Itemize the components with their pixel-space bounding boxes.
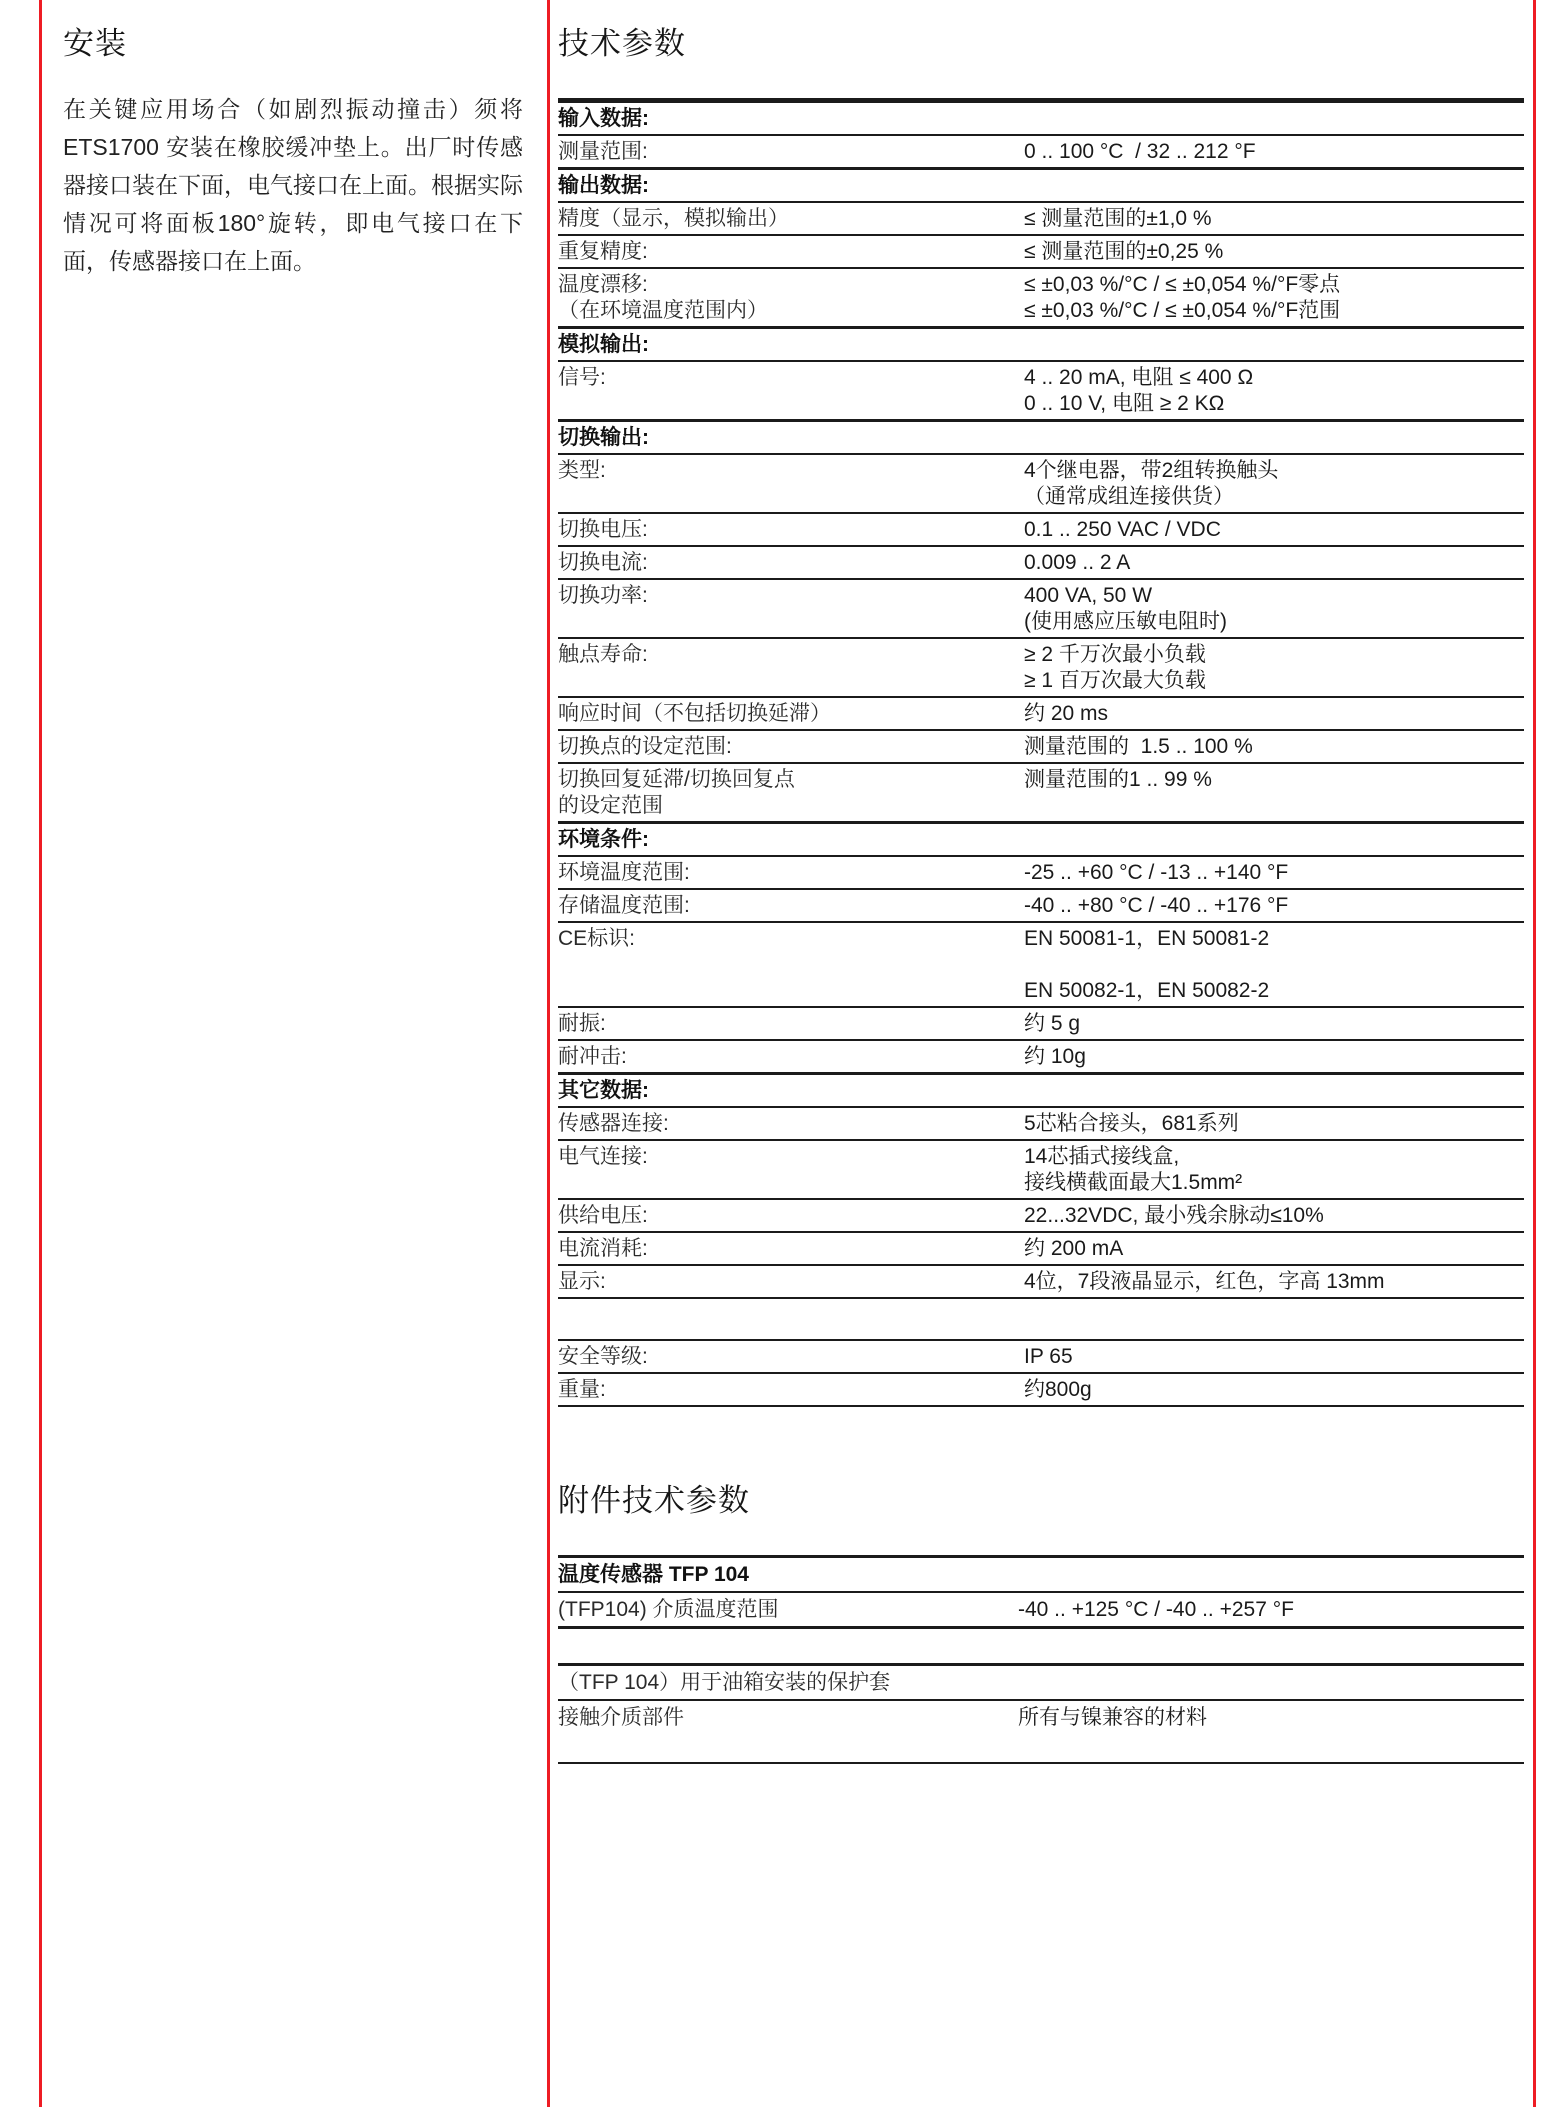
spec-value: 0.009 .. 2 A: [1024, 550, 1524, 576]
accessory-row: 接触介质部件所有与镍兼容的材料: [558, 1701, 1524, 1764]
spec-value-line: ≤ ±0,03 %/°C / ≤ ±0,054 %/°F零点: [1024, 272, 1524, 298]
installation-title: 安装: [63, 24, 523, 64]
spec-value: 4位，7段液晶显示，红色，字高 13mm: [1024, 1269, 1524, 1295]
spec-value-line: 0.009 .. 2 A: [1024, 550, 1524, 576]
spec-value: -25 .. +60 °C / -13 .. +140 °F: [1024, 860, 1524, 886]
spec-label-line: 耐振:: [558, 1011, 1018, 1037]
spec-label-line: 耐冲击:: [558, 1044, 1018, 1070]
spec-section-label: 输入数据:: [558, 106, 655, 132]
spec-label-line: 信号:: [558, 365, 1018, 391]
spec-label-line: 温度漂移:: [558, 272, 1018, 298]
spec-label: 电气连接:: [558, 1144, 1024, 1170]
spec-label-line: 环境温度范围:: [558, 860, 1018, 886]
spec-row: 电气连接:14芯插式接线盒,接线横截面最大1.5mm²: [558, 1141, 1524, 1200]
spec-value-line: EN 50081-1，EN 50081-2: [1024, 926, 1524, 952]
spec-value-line: （通常成组连接供货）: [1024, 484, 1524, 510]
spec-label-line: 切换电压:: [558, 517, 1018, 543]
spec-section-row: 切换输出:: [558, 421, 1524, 455]
accessory-sleeve-table: （TFP 104）用于油箱安装的保护套接触介质部件所有与镍兼容的材料: [558, 1663, 1524, 1764]
spec-row: 存储温度范围:-40 .. +80 °C / -40 .. +176 °F: [558, 890, 1524, 923]
spec-label: 切换电压:: [558, 517, 1024, 543]
accessory-sensor-table: 温度传感器 TFP 104(TFP104) 介质温度范围-40 .. +125 …: [558, 1555, 1524, 1629]
spec-row: 重量:约800g: [558, 1374, 1524, 1407]
spec-value-line: [1024, 952, 1524, 978]
spec-value-line: 4位，7段液晶显示，红色，字高 13mm: [1024, 1269, 1524, 1295]
spec-value-line: 0 .. 10 V, 电阻 ≥ 2 KΩ: [1024, 391, 1524, 417]
spec-value-line: ≥ 2 千万次最小负载: [1024, 642, 1524, 668]
spec-label: 切换电流:: [558, 550, 1024, 576]
red-border-left: [39, 0, 42, 2107]
spec-row: 环境温度范围:-25 .. +60 °C / -13 .. +140 °F: [558, 857, 1524, 890]
spec-label-line: 存储温度范围:: [558, 893, 1018, 919]
spec-value-line: IP 65: [1024, 1344, 1524, 1370]
red-border-right: [1533, 0, 1536, 2107]
spec-section-label-line: 其它数据:: [558, 1078, 649, 1104]
spec-label: 电流消耗:: [558, 1236, 1024, 1262]
spec-section-label-line: 切换输出:: [558, 425, 649, 451]
spec-value: 14芯插式接线盒,接线横截面最大1.5mm²: [1024, 1144, 1524, 1196]
red-column-divider: [547, 0, 550, 2107]
spec-row: 安全等级:IP 65: [558, 1341, 1524, 1374]
spec-label-line: 测量范围:: [558, 139, 1018, 165]
spec-value-line: 400 VA, 50 W: [1024, 583, 1524, 609]
spec-label: 环境温度范围:: [558, 860, 1024, 886]
spec-value-line: 22...32VDC, 最小残余脉动≤10%: [1024, 1203, 1524, 1229]
spec-value-line: ≥ 1 百万次最大负载: [1024, 668, 1524, 694]
spec-row: 切换点的设定范围:测量范围的 1.5 .. 100 %: [558, 731, 1524, 764]
spec-label-line: 电流消耗:: [558, 1236, 1018, 1262]
spec-label: 切换回复延滞/切换回复点的设定范围: [558, 767, 1024, 819]
spec-label: 安全等级:: [558, 1344, 1024, 1370]
spec-value-line: (使用感应压敏电阻时): [1024, 609, 1524, 635]
spec-value: 约 20 ms: [1024, 701, 1524, 727]
spec-section-row: 其它数据:: [558, 1074, 1524, 1108]
spec-label: 供给电压:: [558, 1203, 1024, 1229]
spec-label: 响应时间（不包括切换延滞）: [558, 701, 1024, 727]
spec-section-label-line: 环境条件:: [558, 827, 649, 853]
spec-table: 输入数据:测量范围:0 .. 100 °C / 32 .. 212 °F输出数据…: [558, 98, 1524, 1407]
spec-label: 传感器连接:: [558, 1111, 1024, 1137]
spec-label: 耐冲击:: [558, 1044, 1024, 1070]
spec-row: 重复精度:≤ 测量范围的±0,25 %: [558, 236, 1524, 269]
installation-paragraph: 在关键应用场合（如剧烈振动撞击）须将 ETS1700 安装在橡胶缓冲垫上。出厂时…: [63, 90, 523, 280]
spec-section-row: 模拟输出:: [558, 328, 1524, 362]
spec-row: 温度漂移:（在环境温度范围内）≤ ±0,03 %/°C / ≤ ±0,054 %…: [558, 269, 1524, 328]
spec-value-line: -25 .. +60 °C / -13 .. +140 °F: [1024, 860, 1524, 886]
spec-row: 切换功率:400 VA, 50 W(使用感应压敏电阻时): [558, 580, 1524, 639]
spec-value-line: 0 .. 100 °C / 32 .. 212 °F: [1024, 139, 1524, 165]
spec-section-row: 输入数据:: [558, 102, 1524, 136]
spec-label: 精度（显示，模拟输出）: [558, 206, 1024, 232]
spec-label-line: 的设定范围: [558, 793, 1018, 819]
spec-value: 0.1 .. 250 VAC / VDC: [1024, 517, 1524, 543]
spec-value-line: 5芯粘合接头，681系列: [1024, 1111, 1524, 1137]
spec-value-line: 约 200 mA: [1024, 1236, 1524, 1262]
spec-label-line: 安全等级:: [558, 1344, 1018, 1370]
spec-value: 22...32VDC, 最小残余脉动≤10%: [1024, 1203, 1524, 1229]
spec-value: 测量范围的 1.5 .. 100 %: [1024, 734, 1524, 760]
spec-label-line: 供给电压:: [558, 1203, 1018, 1229]
spec-label-line: （在环境温度范围内）: [558, 298, 1018, 324]
accessory-value: 所有与镍兼容的材料: [1018, 1705, 1524, 1731]
spec-section-label: 其它数据:: [558, 1078, 655, 1104]
spec-value-line: 约 5 g: [1024, 1011, 1524, 1037]
accessory-label: (TFP104) 介质温度范围: [558, 1597, 1018, 1623]
spec-section-label: 输出数据:: [558, 173, 655, 199]
spec-label-line: 类型:: [558, 458, 1018, 484]
spec-label-line: 触点寿命:: [558, 642, 1018, 668]
spec-value-line: 0.1 .. 250 VAC / VDC: [1024, 517, 1524, 543]
spec-section-label-line: 模拟输出:: [558, 332, 649, 358]
spec-label: 重复精度:: [558, 239, 1024, 265]
spec-label: 存储温度范围:: [558, 893, 1024, 919]
installation-section: 安装 在关键应用场合（如剧烈振动撞击）须将 ETS1700 安装在橡胶缓冲垫上。…: [63, 24, 523, 280]
spec-value-line: 约 10g: [1024, 1044, 1524, 1070]
spec-value: 0 .. 100 °C / 32 .. 212 °F: [1024, 139, 1524, 165]
spec-value: 4 .. 20 mA, 电阻 ≤ 400 Ω0 .. 10 V, 电阻 ≥ 2 …: [1024, 365, 1524, 417]
spec-spacer-row: [558, 1299, 1524, 1341]
spec-value-line: 4个继电器，带2组转换触头: [1024, 458, 1524, 484]
spec-value: ≥ 2 千万次最小负载≥ 1 百万次最大负载: [1024, 642, 1524, 694]
spec-section-label-line: 输入数据:: [558, 106, 649, 132]
datasheet-page: 安装 在关键应用场合（如剧烈振动撞击）须将 ETS1700 安装在橡胶缓冲垫上。…: [0, 0, 1541, 2107]
spec-value-line: 接线横截面最大1.5mm²: [1024, 1170, 1524, 1196]
spec-section-row: 环境条件:: [558, 823, 1524, 857]
spec-section-label: 环境条件:: [558, 827, 655, 853]
spec-label-line: 切换点的设定范围:: [558, 734, 1018, 760]
specs-title: 技术参数: [558, 24, 1524, 64]
spec-row: 测量范围:0 .. 100 °C / 32 .. 212 °F: [558, 136, 1524, 169]
spec-value-line: -40 .. +80 °C / -40 .. +176 °F: [1024, 893, 1524, 919]
spec-label-line: 显示:: [558, 1269, 1018, 1295]
spec-label-line: CE标识:: [558, 926, 1018, 952]
spec-section-label: 模拟输出:: [558, 332, 655, 358]
spec-label-line: 重复精度:: [558, 239, 1018, 265]
spec-row: 电流消耗:约 200 mA: [558, 1233, 1524, 1266]
spec-value: 约 5 g: [1024, 1011, 1524, 1037]
spec-row: 信号:4 .. 20 mA, 电阻 ≤ 400 Ω0 .. 10 V, 电阻 ≥…: [558, 362, 1524, 421]
accessory-title: 附件技术参数: [558, 1481, 1524, 1521]
spec-label: 显示:: [558, 1269, 1024, 1295]
spec-row: 切换电流:0.009 .. 2 A: [558, 547, 1524, 580]
accessory-value: -40 .. +125 °C / -40 .. +257 °F: [1018, 1597, 1524, 1623]
spec-label: CE标识:: [558, 926, 1024, 952]
spec-value: IP 65: [1024, 1344, 1524, 1370]
spec-value: ≤ 测量范围的±1,0 %: [1024, 206, 1524, 232]
spec-value: EN 50081-1，EN 50081-2 EN 50082-1，EN 5008…: [1024, 926, 1524, 1004]
spec-label-line: 电气连接:: [558, 1144, 1018, 1170]
spec-value: 4个继电器，带2组转换触头（通常成组连接供货）: [1024, 458, 1524, 510]
spec-row: CE标识:EN 50081-1，EN 50081-2 EN 50082-1，EN…: [558, 923, 1524, 1008]
specs-section: 技术参数 输入数据:测量范围:0 .. 100 °C / 32 .. 212 °…: [558, 24, 1524, 1764]
spec-value-line: 4 .. 20 mA, 电阻 ≤ 400 Ω: [1024, 365, 1524, 391]
spec-label-line: 切换电流:: [558, 550, 1018, 576]
spec-section-label: 切换输出:: [558, 425, 655, 451]
spec-value: -40 .. +80 °C / -40 .. +176 °F: [1024, 893, 1524, 919]
spec-value: ≤ 测量范围的±0,25 %: [1024, 239, 1524, 265]
spec-row: 传感器连接:5芯粘合接头，681系列: [558, 1108, 1524, 1141]
spec-label: 切换功率:: [558, 583, 1024, 609]
spec-row: 供给电压:22...32VDC, 最小残余脉动≤10%: [558, 1200, 1524, 1233]
spec-row: 类型:4个继电器，带2组转换触头（通常成组连接供货）: [558, 455, 1524, 514]
spec-row: 切换电压:0.1 .. 250 VAC / VDC: [558, 514, 1524, 547]
spec-value-line: 测量范围的 1.5 .. 100 %: [1024, 734, 1524, 760]
spec-section-label-line: 输出数据:: [558, 173, 649, 199]
spec-label: 测量范围:: [558, 139, 1024, 165]
spec-label-line: 传感器连接:: [558, 1111, 1018, 1137]
spec-row: 响应时间（不包括切换延滞）约 20 ms: [558, 698, 1524, 731]
spec-value-line: 测量范围的1 .. 99 %: [1024, 767, 1524, 793]
spec-value-line: 14芯插式接线盒,: [1024, 1144, 1524, 1170]
spec-label-line: 切换回复延滞/切换回复点: [558, 767, 1018, 793]
spec-value-line: ≤ 测量范围的±1,0 %: [1024, 206, 1524, 232]
spec-label: 重量:: [558, 1377, 1024, 1403]
spec-label: 切换点的设定范围:: [558, 734, 1024, 760]
accessory-label: 接触介质部件: [558, 1705, 1018, 1731]
spec-value: 测量范围的1 .. 99 %: [1024, 767, 1524, 793]
spec-row: 耐冲击:约 10g: [558, 1041, 1524, 1074]
spec-value: 约800g: [1024, 1377, 1524, 1403]
spec-value-line: ≤ 测量范围的±0,25 %: [1024, 239, 1524, 265]
spec-value-line: 约 20 ms: [1024, 701, 1524, 727]
spec-value: ≤ ±0,03 %/°C / ≤ ±0,054 %/°F零点≤ ±0,03 %/…: [1024, 272, 1524, 324]
spec-value-line: 约800g: [1024, 1377, 1524, 1403]
spec-label-line: 切换功率:: [558, 583, 1018, 609]
spec-value-line: ≤ ±0,03 %/°C / ≤ ±0,054 %/°F范围: [1024, 298, 1524, 324]
spec-row: 触点寿命:≥ 2 千万次最小负载≥ 1 百万次最大负载: [558, 639, 1524, 698]
accessory-table-header: 温度传感器 TFP 104: [558, 1558, 1524, 1593]
spec-value: 约 10g: [1024, 1044, 1524, 1070]
spec-label-line: 精度（显示，模拟输出）: [558, 206, 1018, 232]
spec-row: 切换回复延滞/切换回复点的设定范围测量范围的1 .. 99 %: [558, 764, 1524, 823]
spec-section-row: 输出数据:: [558, 169, 1524, 203]
spec-value: 5芯粘合接头，681系列: [1024, 1111, 1524, 1137]
spec-value: 400 VA, 50 W(使用感应压敏电阻时): [1024, 583, 1524, 635]
accessory-row: (TFP104) 介质温度范围-40 .. +125 °C / -40 .. +…: [558, 1593, 1524, 1629]
spec-label: 耐振:: [558, 1011, 1024, 1037]
accessory-table-gap: [558, 1629, 1524, 1663]
spec-label-line: 响应时间（不包括切换延滞）: [558, 701, 1018, 727]
spec-label: 类型:: [558, 458, 1024, 484]
spec-row: 耐振:约 5 g: [558, 1008, 1524, 1041]
accessory-table-header: （TFP 104）用于油箱安装的保护套: [558, 1666, 1524, 1701]
spec-label: 触点寿命:: [558, 642, 1024, 668]
spec-label-line: 重量:: [558, 1377, 1018, 1403]
spec-row: 精度（显示，模拟输出）≤ 测量范围的±1,0 %: [558, 203, 1524, 236]
spec-value-line: EN 50082-1，EN 50082-2: [1024, 978, 1524, 1004]
spec-label: 信号:: [558, 365, 1024, 391]
spec-row: 显示:4位，7段液晶显示，红色，字高 13mm: [558, 1266, 1524, 1299]
spec-label: 温度漂移:（在环境温度范围内）: [558, 272, 1024, 324]
spec-value: 约 200 mA: [1024, 1236, 1524, 1262]
